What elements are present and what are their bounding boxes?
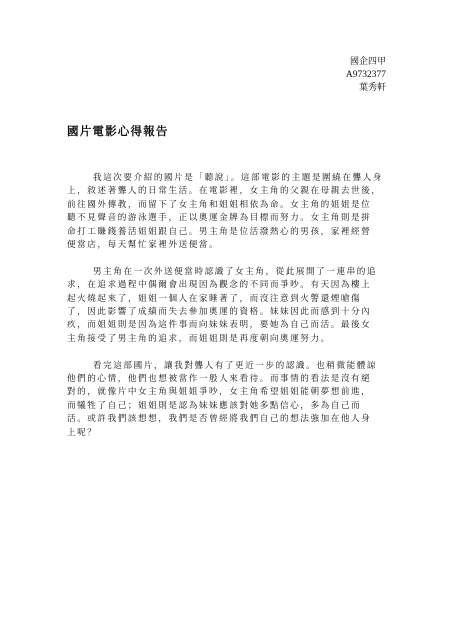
text-line: 對的，就像片中女主角與姐姐爭吵，女主角希望姐姐能朝夢想前進，: [67, 386, 387, 399]
text-line: 求，在追求過程中偶爾會出現因為觀念的不同而爭吵。有天因為樓上: [67, 279, 387, 292]
text-line: 活。或許我們該想想，我們是否曾經將我們自己的想法強加在他人身: [67, 413, 387, 426]
author-name: 葉秀軒: [346, 82, 386, 95]
text-line: 上，敘述著聾人的日常生活。在電影裡，女主角的父親在母親去世後，: [67, 185, 387, 198]
document-body: 我這次要介紹的國片是「聽說」。這部電影的主題是圍繞在聾人身 上，敘述著聾人的日常…: [67, 172, 387, 453]
text-line: 前往國外傳教，而留下了女主角和姐姐相依為命。女主角的姐姐是位: [67, 199, 387, 212]
author-info: 國企四甲 A9732377 葉秀軒: [346, 56, 386, 95]
text-line: 起火燒起來了，姐姐一個人在家睡著了，而沒注意到火警還煙嗆傷: [67, 293, 387, 306]
text-line: 了，因此影響了成績而失去參加奧運的資格。妹妹因此而感到十分內: [67, 306, 387, 319]
paragraph-3: 看完這部國片，讓我對聾人有了更近一步的認識。也稍微能體諒 他們的心情，他們也想被…: [67, 360, 387, 440]
text-line: 上呢？: [67, 427, 387, 440]
text-line: 主角接受了男主角的追求，而姐姐則是再度朝向奧運努力。: [67, 333, 387, 346]
text-line: 便當店，每天幫忙家裡外送便當。: [67, 239, 387, 252]
text-line: 他們的心情，他們也想被當作一般人來看待。而事情的看法是沒有絕: [67, 373, 387, 386]
text-line: 我這次要介紹的國片是「聽說」。這部電影的主題是圍繞在聾人身: [67, 172, 387, 185]
text-line: 看完這部國片，讓我對聾人有了更近一步的認識。也稍微能體諒: [67, 360, 387, 373]
document-title: 國片電影心得報告: [67, 123, 169, 139]
student-id: A9732377: [346, 69, 386, 82]
text-line: 疚，而姐姐則是因為這件事而向妹妹表明，要她為自己而活。最後女: [67, 319, 387, 332]
text-line: 聽不見聲音的游泳選手，正以奧運金牌為目標而努力。女主角則是拼: [67, 212, 387, 225]
paragraph-1: 我這次要介紹的國片是「聽說」。這部電影的主題是圍繞在聾人身 上，敘述著聾人的日常…: [67, 172, 387, 252]
text-line: 命打工賺錢養活姐姐跟自己。男主角是位活潑熱心的男孩，家裡經營: [67, 226, 387, 239]
text-line: 而犧牲了自己；姐姐則是認為妹妹應該對她多點信心，多為自己而: [67, 400, 387, 413]
class-label: 國企四甲: [346, 56, 386, 69]
paragraph-2: 男主角在一次外送便當時認識了女主角，從此展開了一連串的追 求，在追求過程中偶爾會…: [67, 266, 387, 346]
text-line: 男主角在一次外送便當時認識了女主角，從此展開了一連串的追: [67, 266, 387, 279]
